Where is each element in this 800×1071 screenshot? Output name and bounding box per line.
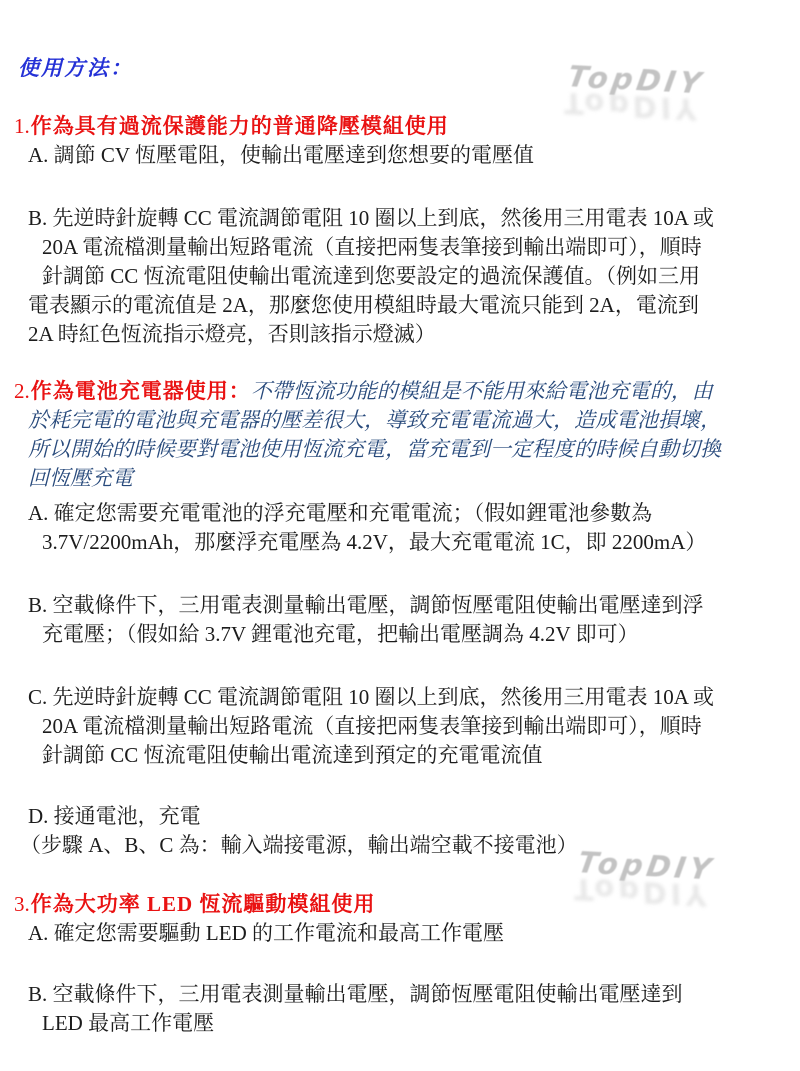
section-2-item-d: D. 接通電池，充電 （步驟 A、B、C 為：輸入端接電源，輸出端空載不接電池）	[0, 802, 800, 860]
section-3-number: 3.	[14, 892, 31, 916]
section-3-heading-text: 作為大功率 LED 恆流驅動模組使用	[31, 892, 376, 916]
text-line: A. 確定您需要充電電池的浮充電壓和充電電流；（假如鋰電池參數為	[0, 499, 800, 528]
text-line: （步驟 A、B、C 為：輸入端接電源，輸出端空載不接電池）	[0, 831, 800, 860]
section-2-note: 不帶恆流功能的模組是不能用來給電池充電的，由	[251, 379, 713, 403]
section-2-item-b: B. 空載條件下，三用電表測量輸出電壓，調節恆壓電阻使輸出電壓達到浮 充電壓；（…	[0, 591, 800, 649]
section-2-number: 2.	[14, 379, 31, 403]
text-line: 20A 電流檔測量輸出短路電流（直接把兩隻表筆接到輸出端即可），順時	[0, 712, 800, 741]
text-line: 針調節 CC 恆流電阻使輸出電流達到預定的充電電流值	[0, 741, 800, 770]
section-overcurrent-buck: 1.作為具有過流保護能力的普通降壓模組使用 A. 調節 CV 恆壓電阻，使輸出電…	[0, 112, 800, 349]
text-line: 針調節 CC 恆流電阻使輸出電流達到您要設定的過流保護值。（例如三用	[0, 262, 800, 291]
section-battery-charger: 2.作為電池充電器使用：不帶恆流功能的模組是不能用來給電池充電的，由 於耗完電的…	[0, 377, 800, 860]
section-1-item-b: B. 先逆時針旋轉 CC 電流調節電阻 10 圈以上到底，然後用三用電表 10A…	[0, 204, 800, 349]
document-page: TopDIY TopDIY TopDIY TopDIY 使用方法： 1.作為具有…	[0, 0, 800, 1071]
section-3-item-b: B. 空載條件下，三用電表測量輸出電壓，調節恆壓電阻使輸出電壓達到 LED 最高…	[0, 980, 800, 1038]
text-line: LED 最高工作電壓	[0, 1009, 800, 1038]
text-line: 所以開始的時候要對電池使用恆流充電，當充電到一定程度的時候自動切換	[0, 435, 800, 464]
text-line: 2A 時紅色恆流指示燈亮，否則該指示燈滅）	[0, 320, 800, 349]
text-line: A. 確定您需要驅動 LED 的工作電流和最高工作電壓	[0, 919, 800, 948]
text-line: B. 空載條件下，三用電表測量輸出電壓，調節恆壓電阻使輸出電壓達到	[0, 980, 800, 1009]
text-line: 充電壓；（假如給 3.7V 鋰電池充電，把輸出電壓調為 4.2V 即可）	[0, 620, 800, 649]
section-1-item-a: A. 調節 CV 恆壓電阻，使輸出電壓達到您想要的電壓值	[0, 141, 800, 170]
page-title: 使用方法：	[0, 52, 800, 82]
section-2-item-c: C. 先逆時針旋轉 CC 電流調節電阻 10 圈以上到底，然後用三用電表 10A…	[0, 683, 800, 770]
text-line: C. 先逆時針旋轉 CC 電流調節電阻 10 圈以上到底，然後用三用電表 10A…	[0, 683, 800, 712]
section-2-heading-text: 作為電池充電器使用：	[31, 379, 251, 403]
text-line: 電表顯示的電流值是 2A，那麼您使用模組時最大電流只能到 2A，電流到	[0, 291, 800, 320]
text-line: B. 先逆時針旋轉 CC 電流調節電阻 10 圈以上到底，然後用三用電表 10A…	[0, 204, 800, 233]
text-line: 於耗完電的電池與充電器的壓差很大，導致充電電流過大，造成電池損壞，	[0, 406, 800, 435]
text-line: B. 空載條件下，三用電表測量輸出電壓，調節恆壓電阻使輸出電壓達到浮	[0, 591, 800, 620]
text-line: 3.7V/2200mAh，那麼浮充電壓為 4.2V，最大充電電流 1C，即 22…	[0, 528, 800, 557]
section-3-item-a: A. 確定您需要驅動 LED 的工作電流和最高工作電壓	[0, 919, 800, 948]
text-line: 回恆壓充電	[0, 464, 800, 493]
section-3-heading: 3.作為大功率 LED 恆流驅動模組使用	[0, 890, 800, 919]
text-line: D. 接通電池，充電	[0, 802, 800, 831]
document-content: 使用方法： 1.作為具有過流保護能力的普通降壓模組使用 A. 調節 CV 恆壓電…	[0, 52, 800, 1038]
section-2-heading: 2.作為電池充電器使用：不帶恆流功能的模組是不能用來給電池充電的，由	[0, 377, 800, 406]
section-1-heading: 1.作為具有過流保護能力的普通降壓模組使用	[0, 112, 800, 141]
section-1-heading-text: 作為具有過流保護能力的普通降壓模組使用	[31, 114, 449, 138]
section-led-driver: 3.作為大功率 LED 恆流驅動模組使用 A. 確定您需要驅動 LED 的工作電…	[0, 890, 800, 1038]
section-2-item-a: A. 確定您需要充電電池的浮充電壓和充電電流；（假如鋰電池參數為 3.7V/22…	[0, 499, 800, 557]
text-line: A. 調節 CV 恆壓電阻，使輸出電壓達到您想要的電壓值	[0, 141, 800, 170]
text-line: 20A 電流檔測量輸出短路電流（直接把兩隻表筆接到輸出端即可），順時	[0, 233, 800, 262]
section-1-number: 1.	[14, 114, 31, 138]
